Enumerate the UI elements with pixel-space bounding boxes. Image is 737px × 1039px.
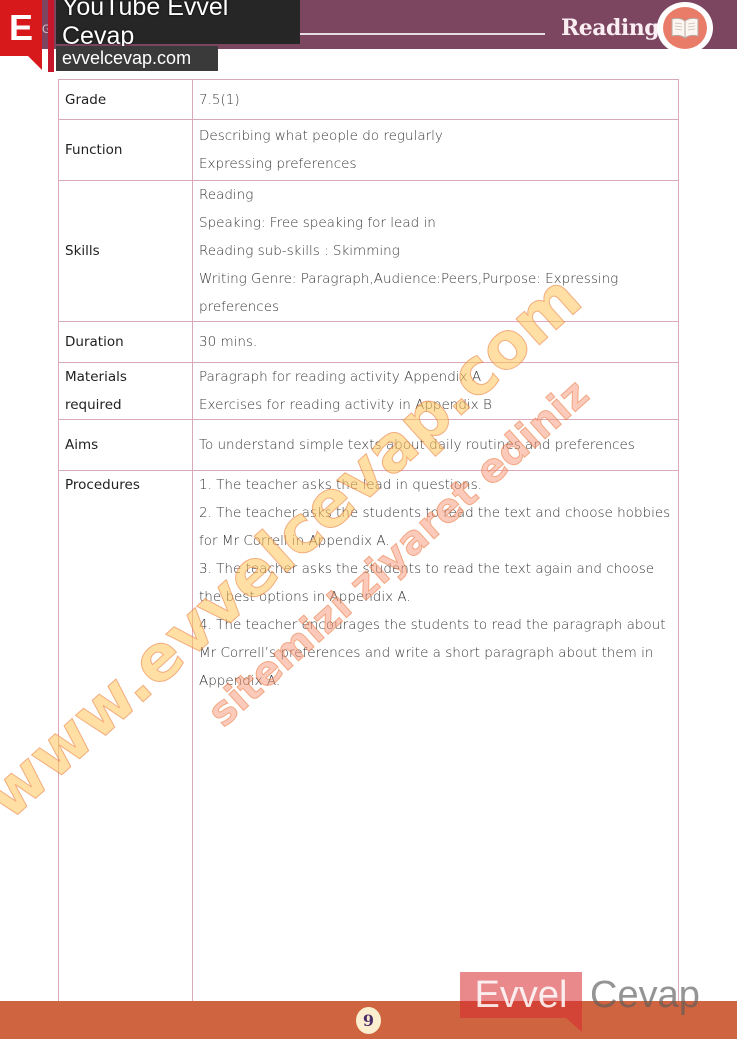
value-line: 4. The teacher encourages the students t…	[199, 611, 672, 695]
watermark-logo: E	[0, 0, 42, 56]
row-label: Procedures	[59, 471, 193, 1013]
footer-brand-cevap: Cevap	[590, 972, 700, 1018]
value-line: Expressing preferences	[199, 150, 672, 178]
row-label: Aims	[59, 420, 193, 471]
row-label: Grade	[59, 80, 193, 120]
section-title: Reading	[561, 15, 659, 41]
lesson-plan-table: Grade7.5(1)FunctionDescribing what peopl…	[58, 79, 679, 1013]
row-label: Skills	[59, 181, 193, 322]
table-row: AimsTo understand simple texts about dai…	[59, 420, 679, 471]
table-row: Procedures1. The teacher asks the lead i…	[59, 471, 679, 1013]
value-line: Writing Genre: Paragraph,Audience:Peers,…	[199, 265, 672, 321]
value-line: Speaking: Free speaking for lead in	[199, 209, 672, 237]
section-badge	[657, 2, 713, 54]
open-book-icon	[670, 16, 700, 40]
row-label: Materials required	[59, 363, 193, 420]
row-label: Duration	[59, 322, 193, 363]
row-value: 7.5(1)	[193, 80, 679, 120]
row-value: To understand simple texts about daily r…	[193, 420, 679, 471]
row-value: Describing what people do regularlyExpre…	[193, 120, 679, 181]
value-line: 1. The teacher asks the lead in question…	[199, 471, 672, 499]
value-line: Describing what people do regularly	[199, 122, 672, 150]
header-divider	[300, 33, 545, 35]
table-row: Grade7.5(1)	[59, 80, 679, 120]
footer-brand-tail	[566, 1018, 582, 1032]
row-value: 30 mins.	[193, 322, 679, 363]
value-line: 2. The teacher asks the students to read…	[199, 499, 672, 555]
youtube-watermark: YouTube Evvel Cevap	[56, 0, 300, 44]
watermark-strip	[48, 0, 54, 72]
value-line: Reading	[199, 181, 672, 209]
page-number: 9	[356, 1007, 381, 1034]
site-watermark: evvelcevap.com	[56, 46, 218, 71]
value-line: 7.5(1)	[199, 86, 672, 114]
row-value: 1. The teacher asks the lead in question…	[193, 471, 679, 1013]
value-line: Exercises for reading activity in Append…	[199, 391, 672, 419]
table-row: Materials requiredParagraph for reading …	[59, 363, 679, 420]
value-line: 30 mins.	[199, 328, 672, 356]
table-row: FunctionDescribing what people do regula…	[59, 120, 679, 181]
footer-brand-evvel: Evvel	[460, 972, 582, 1018]
table-row: SkillsReadingSpeaking: Free speaking for…	[59, 181, 679, 322]
value-line: Paragraph for reading activity Appendix …	[199, 363, 672, 391]
row-label: Function	[59, 120, 193, 181]
row-value: ReadingSpeaking: Free speaking for lead …	[193, 181, 679, 322]
row-value: Paragraph for reading activity Appendix …	[193, 363, 679, 420]
value-line: To understand simple texts about daily r…	[199, 431, 672, 459]
watermark-logo-tail	[28, 56, 42, 70]
table-row: Duration30 mins.	[59, 322, 679, 363]
value-line: Reading sub-skills : Skimming	[199, 237, 672, 265]
value-line: 3. The teacher asks the students to read…	[199, 555, 672, 611]
